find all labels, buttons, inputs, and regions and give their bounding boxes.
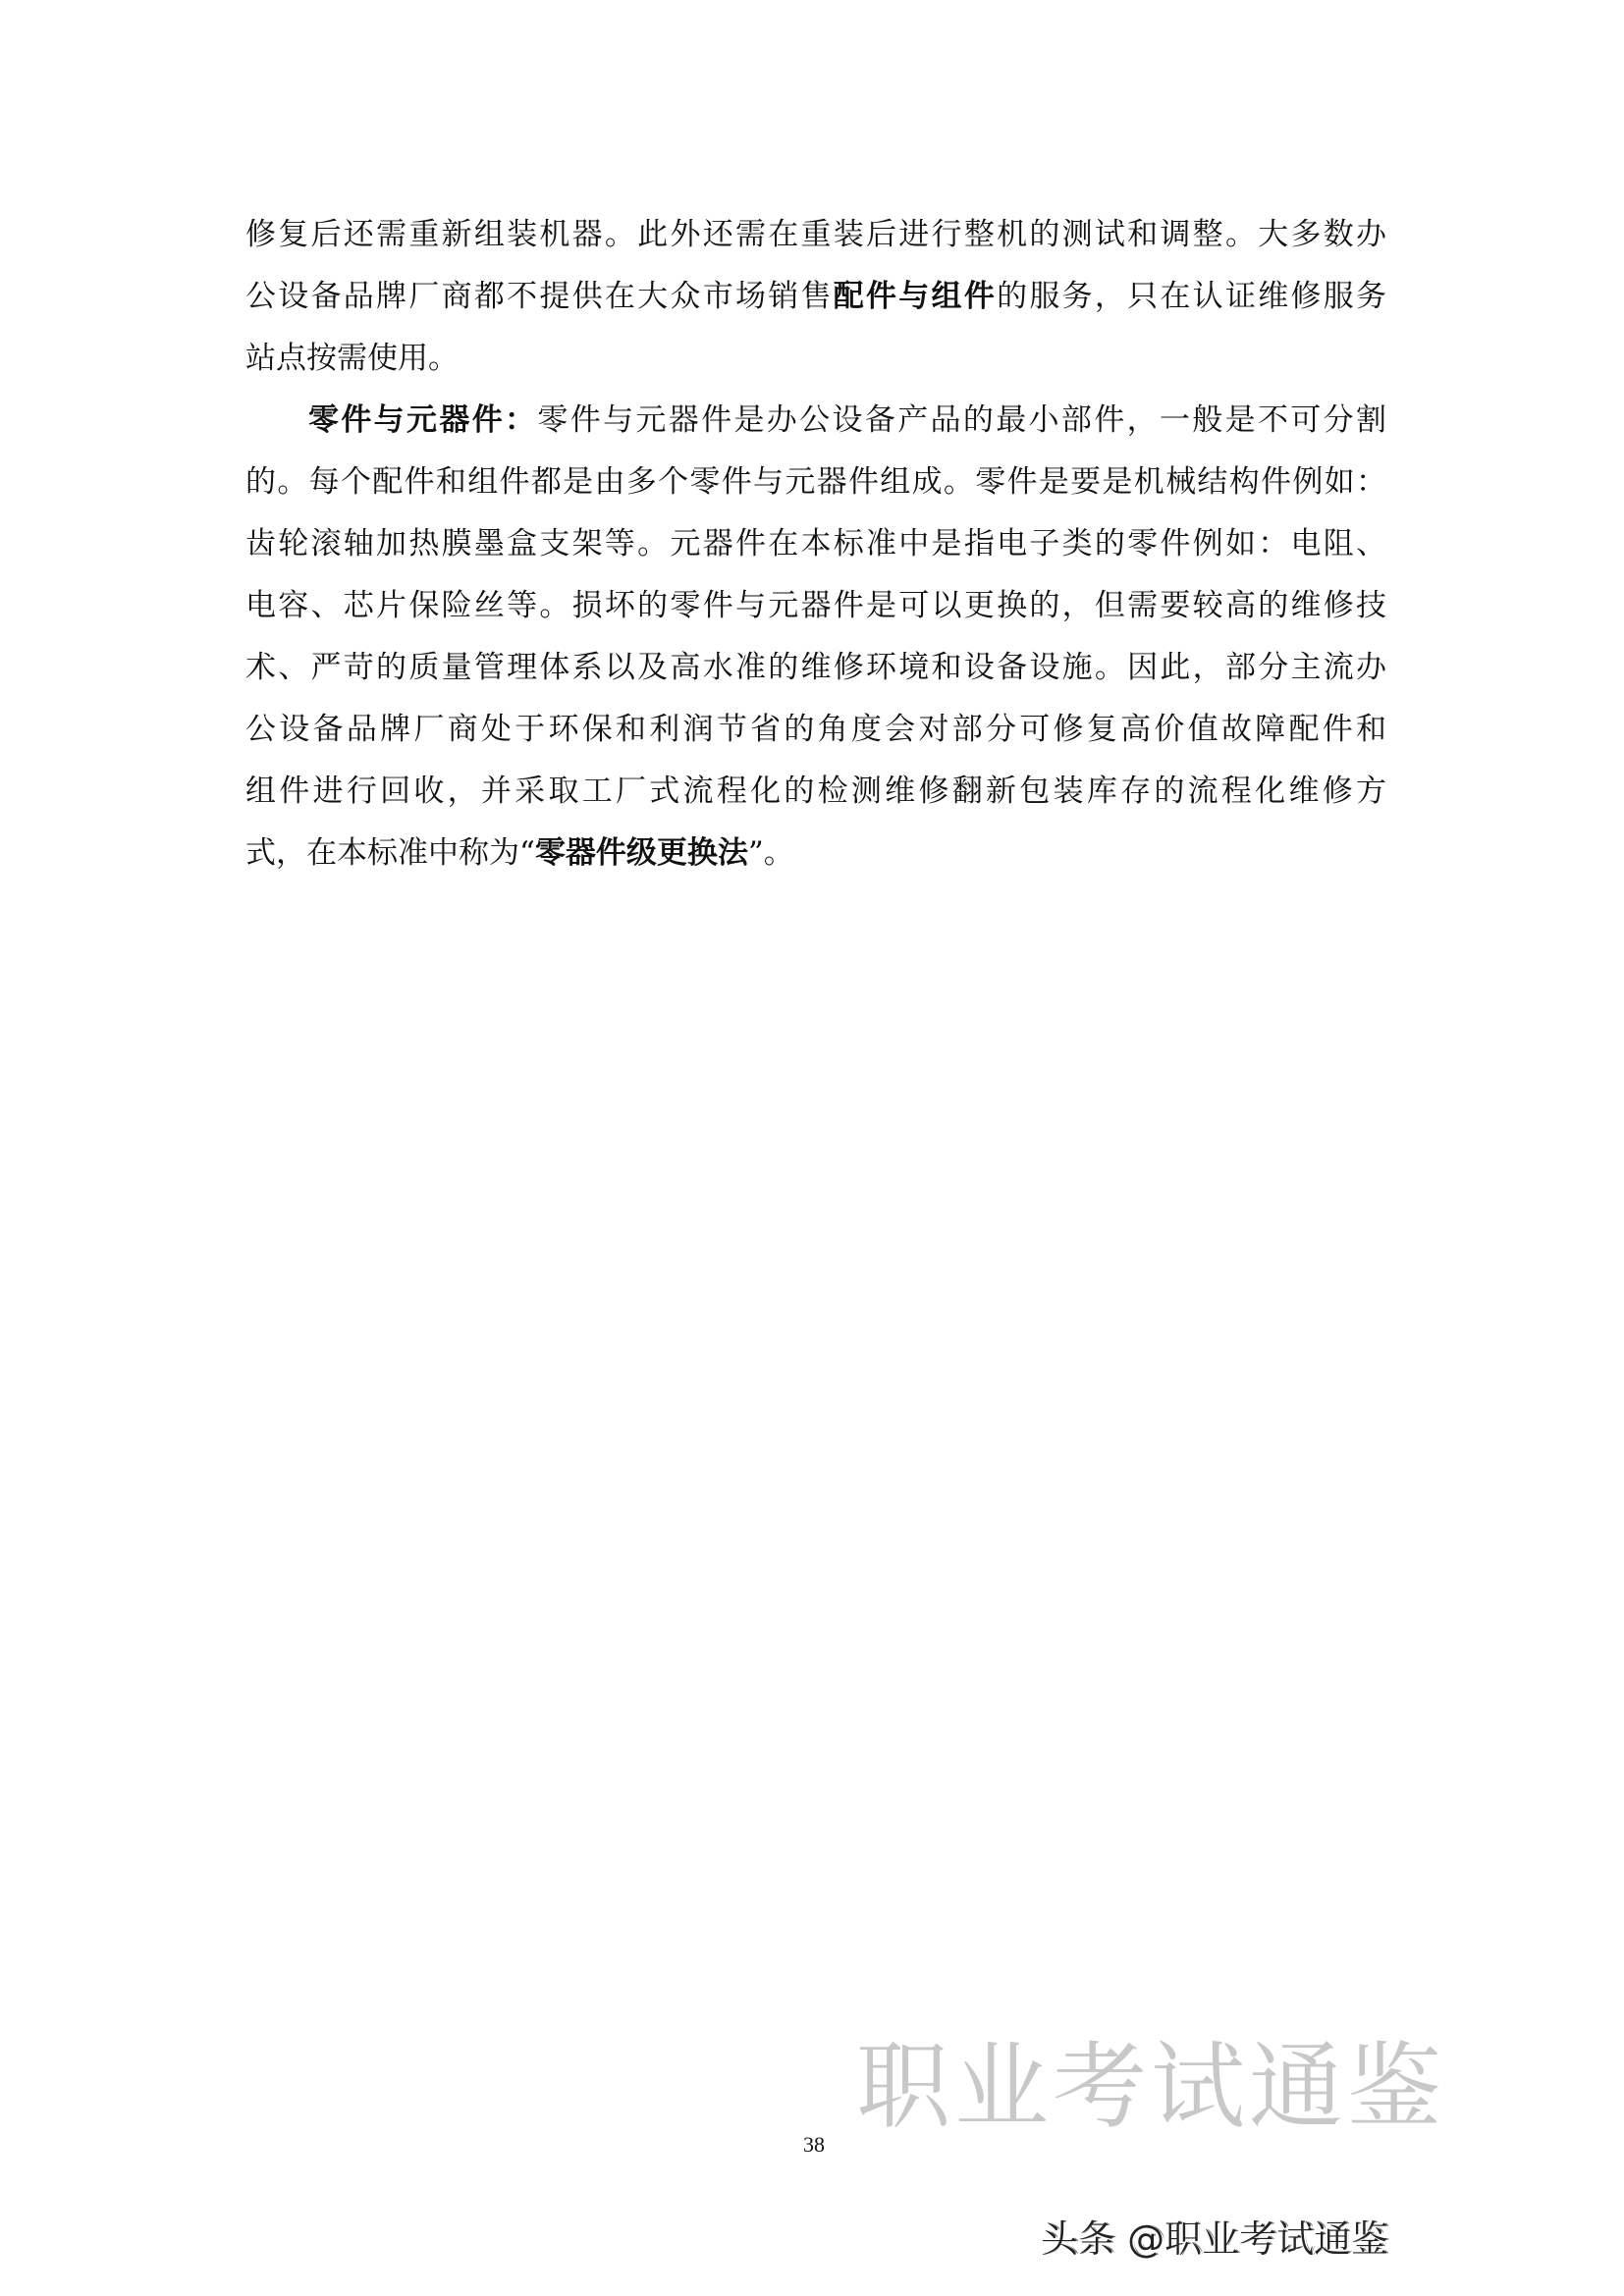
text-run: 的。每个配件和组件都是由多个零件与元器件组成。零件是要是机械结构件例如： [245,464,1386,500]
text-run: 站点按需使用。 [245,341,459,376]
source-tag: 头条 @职业考试通鉴 [1041,2209,1388,2263]
text-run: 齿轮滚轴加热膜墨盒支架等。元器件在本标准中是指电子类的零件例如：电阻、 [245,526,1386,561]
paragraph-parts-definition: 零件与元器件：零件与元器件是办公设备产品的最小部件，一般是不可分割 的。每个配件… [245,390,1386,884]
text-line: 站点按需使用。 [245,328,1386,390]
document-page: 修复后还需重新组装机器。此外还需在重装后进行整机的测试和调整。大多数办 公设备品… [0,0,1624,2296]
page-number: 38 [803,2132,825,2158]
document-body: 修复后还需重新组装机器。此外还需在重装后进行整机的测试和调整。大多数办 公设备品… [245,204,1386,884]
text-line: 组件进行回收，并采取工厂式流程化的检测维修翻新包装库存的流程化维修方 [245,761,1386,823]
text-run: 式，在本标准中称为“ [245,835,535,871]
text-run: 公设备品牌厂商都不提供在大众市场销售 [245,279,834,314]
text-run: 术、严苛的质量管理体系以及高水准的维修环境和设备设施。因此，部分主流办 [245,650,1386,685]
text-line: 式，在本标准中称为“零器件级更换法”。 [245,823,1386,884]
text-run: 组件进行回收，并采取工厂式流程化的检测维修翻新包装库存的流程化维修方 [245,774,1386,809]
text-run: 电容、芯片保险丝等。损坏的零件与元器件是可以更换的，但需要较高的维修技 [245,588,1386,623]
text-line: 公设备品牌厂商处于环保和利润节省的角度会对部分可修复高价值故障配件和 [245,699,1386,761]
text-run: 零件与元器件是办公设备产品的最小部件，一般是不可分割 [537,402,1386,438]
bold-term-parts-and-elements: 零件与元器件： [308,402,537,438]
text-line: 的。每个配件和组件都是由多个零件与元器件组成。零件是要是机械结构件例如： [245,452,1386,513]
watermark: 职业考试通鉴 [856,2012,1445,2147]
text-run: 修复后还需重新组装机器。此外还需在重装后进行整机的测试和调整。大多数办 [245,217,1386,252]
text-line: 修复后还需重新组装机器。此外还需在重装后进行整机的测试和调整。大多数办 [245,204,1386,266]
bold-term-parts-and-components: 配件与组件 [834,279,997,314]
text-line: 齿轮滚轴加热膜墨盒支架等。元器件在本标准中是指电子类的零件例如：电阻、 [245,513,1386,575]
text-line: 公设备品牌厂商都不提供在大众市场销售配件与组件的服务，只在认证维修服务 [245,266,1386,328]
bold-term-component-replacement: 零器件级更换法 [535,835,748,871]
text-line: 零件与元器件：零件与元器件是办公设备产品的最小部件，一般是不可分割 [245,390,1386,452]
paragraph-assembly: 修复后还需重新组装机器。此外还需在重装后进行整机的测试和调整。大多数办 公设备品… [245,204,1386,390]
text-run: 公设备品牌厂商处于环保和利润节省的角度会对部分可修复高价值故障配件和 [245,712,1386,747]
text-line: 术、严苛的质量管理体系以及高水准的维修环境和设备设施。因此，部分主流办 [245,637,1386,699]
text-line: 电容、芯片保险丝等。损坏的零件与元器件是可以更换的，但需要较高的维修技 [245,575,1386,637]
text-run: 的服务，只在认证维修服务 [997,279,1386,314]
text-run: ”。 [748,835,794,871]
